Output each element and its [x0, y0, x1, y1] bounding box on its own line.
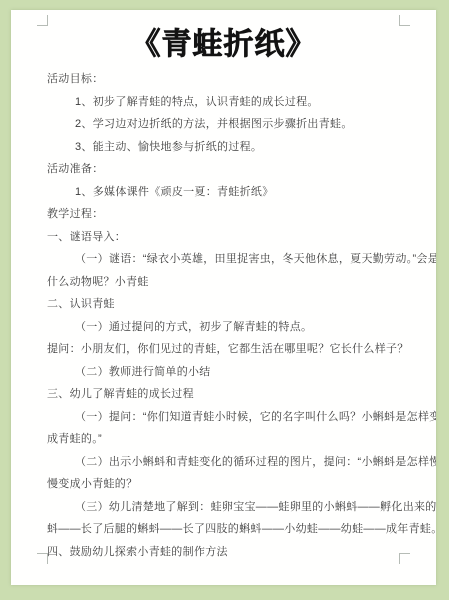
- text-line: （二）教师进行简单的小结: [47, 361, 412, 384]
- margin-corner-mark-top-right: [399, 15, 410, 26]
- text-line: 1、初步了解青蛙的特点，认识青蛙的成长过程。: [47, 91, 412, 114]
- text-line: 三、幼儿了解青蛙的成长过程: [47, 383, 412, 406]
- text-line: 提问：小朋友们，你们见过的青蛙，它都生活在哪里呢？它长什么样子？: [47, 338, 412, 361]
- document-lines: 活动目标：1、初步了解青蛙的特点，认识青蛙的成长过程。2、学习边对边折纸的方法，…: [11, 68, 436, 563]
- text-line: 2、学习边对边折纸的方法，并根据图示步骤折出青蛙。: [47, 113, 412, 136]
- text-line: （一）谜语：“绿衣小英雄，田里捉害虫，冬天他休息，夏天勤劳动。”会是: [47, 248, 412, 271]
- text-line: 蚪——长了后腿的蝌蚪——长了四肢的蝌蚪——小幼蛙——幼蛙——成年青蛙。: [47, 518, 412, 541]
- margin-corner-mark-top-left: [37, 15, 48, 26]
- text-line: 活动目标：: [47, 68, 412, 91]
- text-line: 一、谜语导入：: [47, 226, 412, 249]
- text-line: （一）通过提问的方式，初步了解青蛙的特点。: [47, 316, 412, 339]
- page-title: 《青蛙折纸》: [11, 27, 436, 63]
- text-line: 教学过程：: [47, 203, 412, 226]
- text-line: （二）出示小蝌蚪和青蛙变化的循环过程的图片，提问：“小蝌蚪是怎样慢: [47, 451, 412, 474]
- text-line: （三）幼儿清楚地了解到：蛙卵宝宝——蛙卵里的小蝌蚪——孵化出来的蝌: [47, 496, 412, 519]
- text-line: （一）提问：“你们知道青蛙小时候，它的名字叫什么吗？小蝌蚪是怎样变: [47, 406, 412, 429]
- text-line: 3、能主动、愉快地参与折纸的过程。: [47, 136, 412, 159]
- text-line: 什么动物呢？小青蛙: [47, 271, 412, 294]
- green-border-background: 《青蛙折纸》 活动目标：1、初步了解青蛙的特点，认识青蛙的成长过程。2、学习边对…: [0, 0, 449, 600]
- margin-corner-mark-bottom-right: [399, 553, 410, 564]
- text-line: 慢变成小青蛙的？: [47, 473, 412, 496]
- text-line: 1、多媒体课件《顽皮一夏：青蛙折纸》: [47, 181, 412, 204]
- document-page: 《青蛙折纸》 活动目标：1、初步了解青蛙的特点，认识青蛙的成长过程。2、学习边对…: [11, 10, 436, 585]
- text-line: 二、认识青蛙: [47, 293, 412, 316]
- text-line: 四、鼓励幼儿探索小青蛙的制作方法: [47, 541, 412, 564]
- text-line: 成青蛙的。”: [47, 428, 412, 451]
- text-line: 活动准备：: [47, 158, 412, 181]
- margin-corner-mark-bottom-left: [37, 553, 48, 564]
